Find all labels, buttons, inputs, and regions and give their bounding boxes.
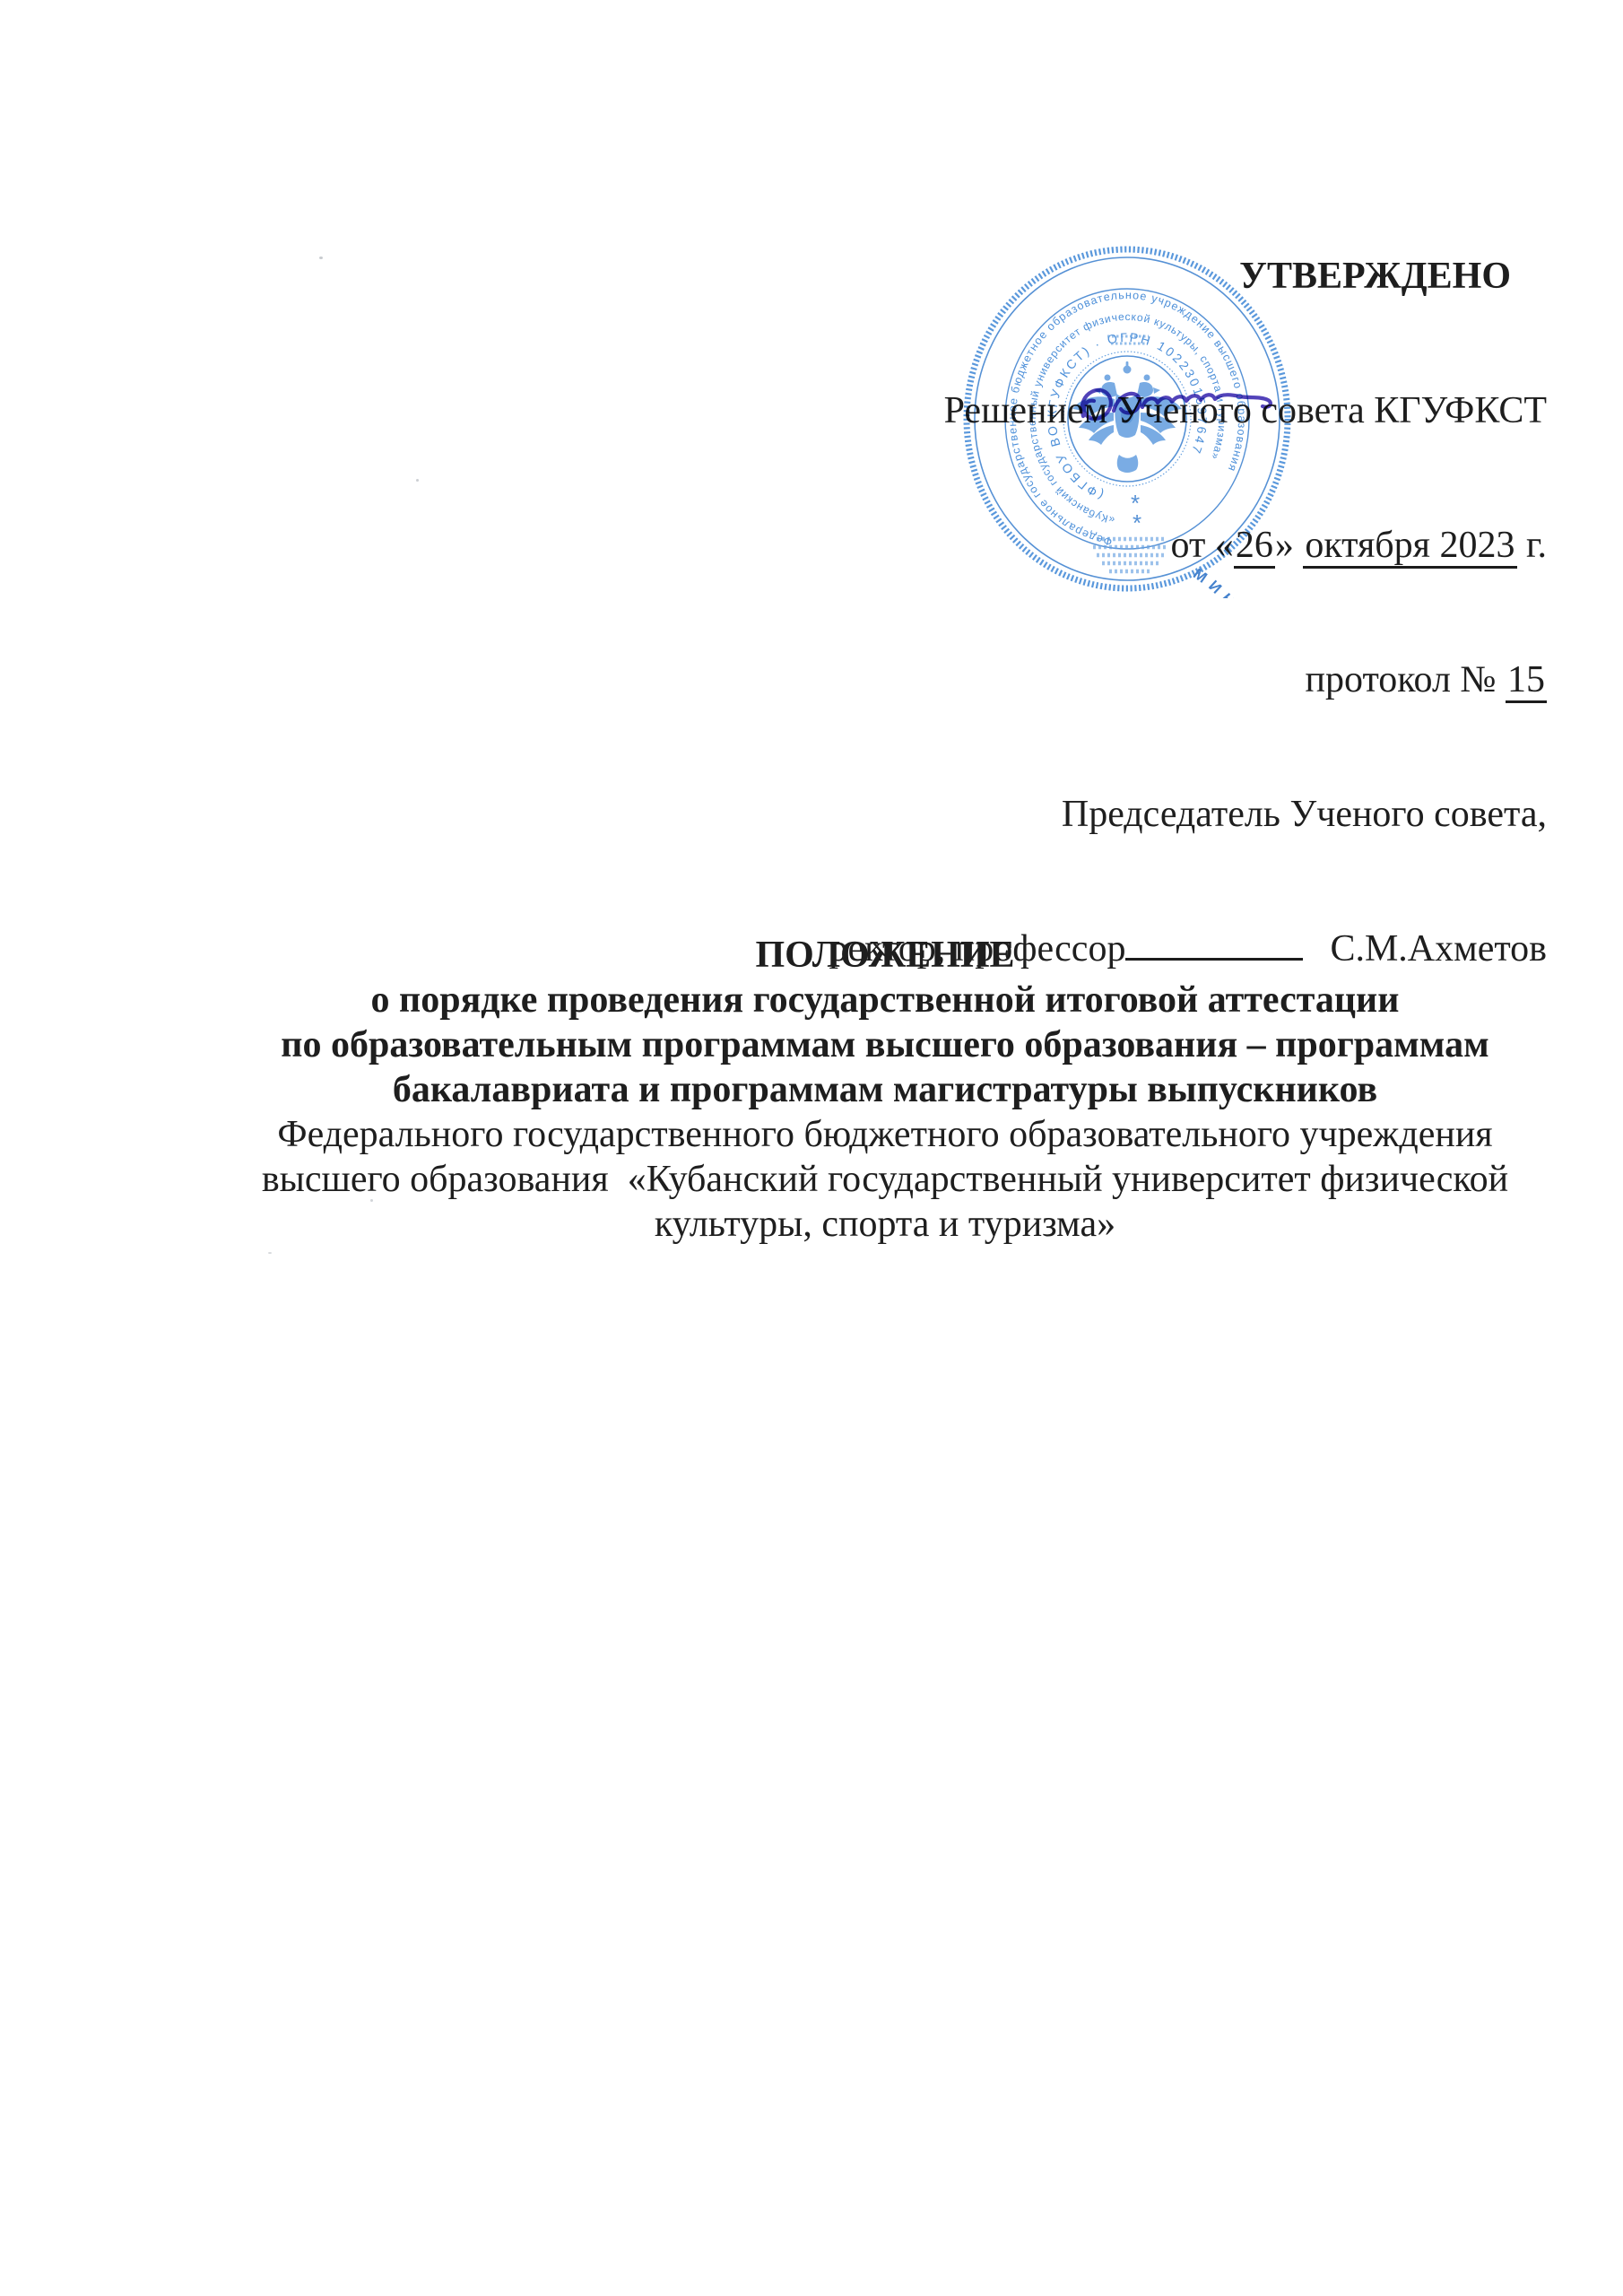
title-line-2: о порядке проведения государственной ито… xyxy=(224,978,1546,1022)
scan-speck xyxy=(268,1252,272,1254)
title-line-4: бакалавриата и программам магистратуры в… xyxy=(224,1067,1546,1112)
seal-ring-ministry: МИНИСТЕРСТВО СПОРТА РОССИЙСКОЙ ФЕДЕРАЦИИ xyxy=(984,565,1272,598)
protocol-prefix: протокол № xyxy=(1306,659,1506,700)
document-title-block: ПОЛОЖЕНИЕ о порядке проведения государст… xyxy=(224,933,1546,1247)
date-suffix: г. xyxy=(1517,525,1548,566)
approval-protocol-line: протокол № 15 xyxy=(829,657,1547,702)
title-line-5: Федерального государственного бюджетного… xyxy=(224,1112,1546,1157)
scan-speck xyxy=(319,257,323,259)
document-page: УТВЕРЖДЕНО Решением Ученого совета КГУФК… xyxy=(0,0,1623,2296)
date-month-underlined: октября 2023 xyxy=(1303,525,1516,569)
title-line-1: ПОЛОЖЕНИЕ xyxy=(224,933,1546,978)
scan-speck xyxy=(370,1199,373,1202)
protocol-number-underlined: 15 xyxy=(1506,659,1547,703)
handwritten-signature xyxy=(1069,375,1293,439)
title-line-3: по образовательным программам высшего об… xyxy=(224,1022,1546,1067)
approval-chairman: Председатель Ученого совета, xyxy=(829,792,1547,837)
title-line-6: высшего образования «Кубанский государст… xyxy=(224,1157,1546,1202)
scan-speck xyxy=(416,479,419,482)
title-line-7: культуры, спорта и туризма» xyxy=(224,1202,1546,1247)
seal-star-bottom: * xyxy=(1133,509,1141,536)
